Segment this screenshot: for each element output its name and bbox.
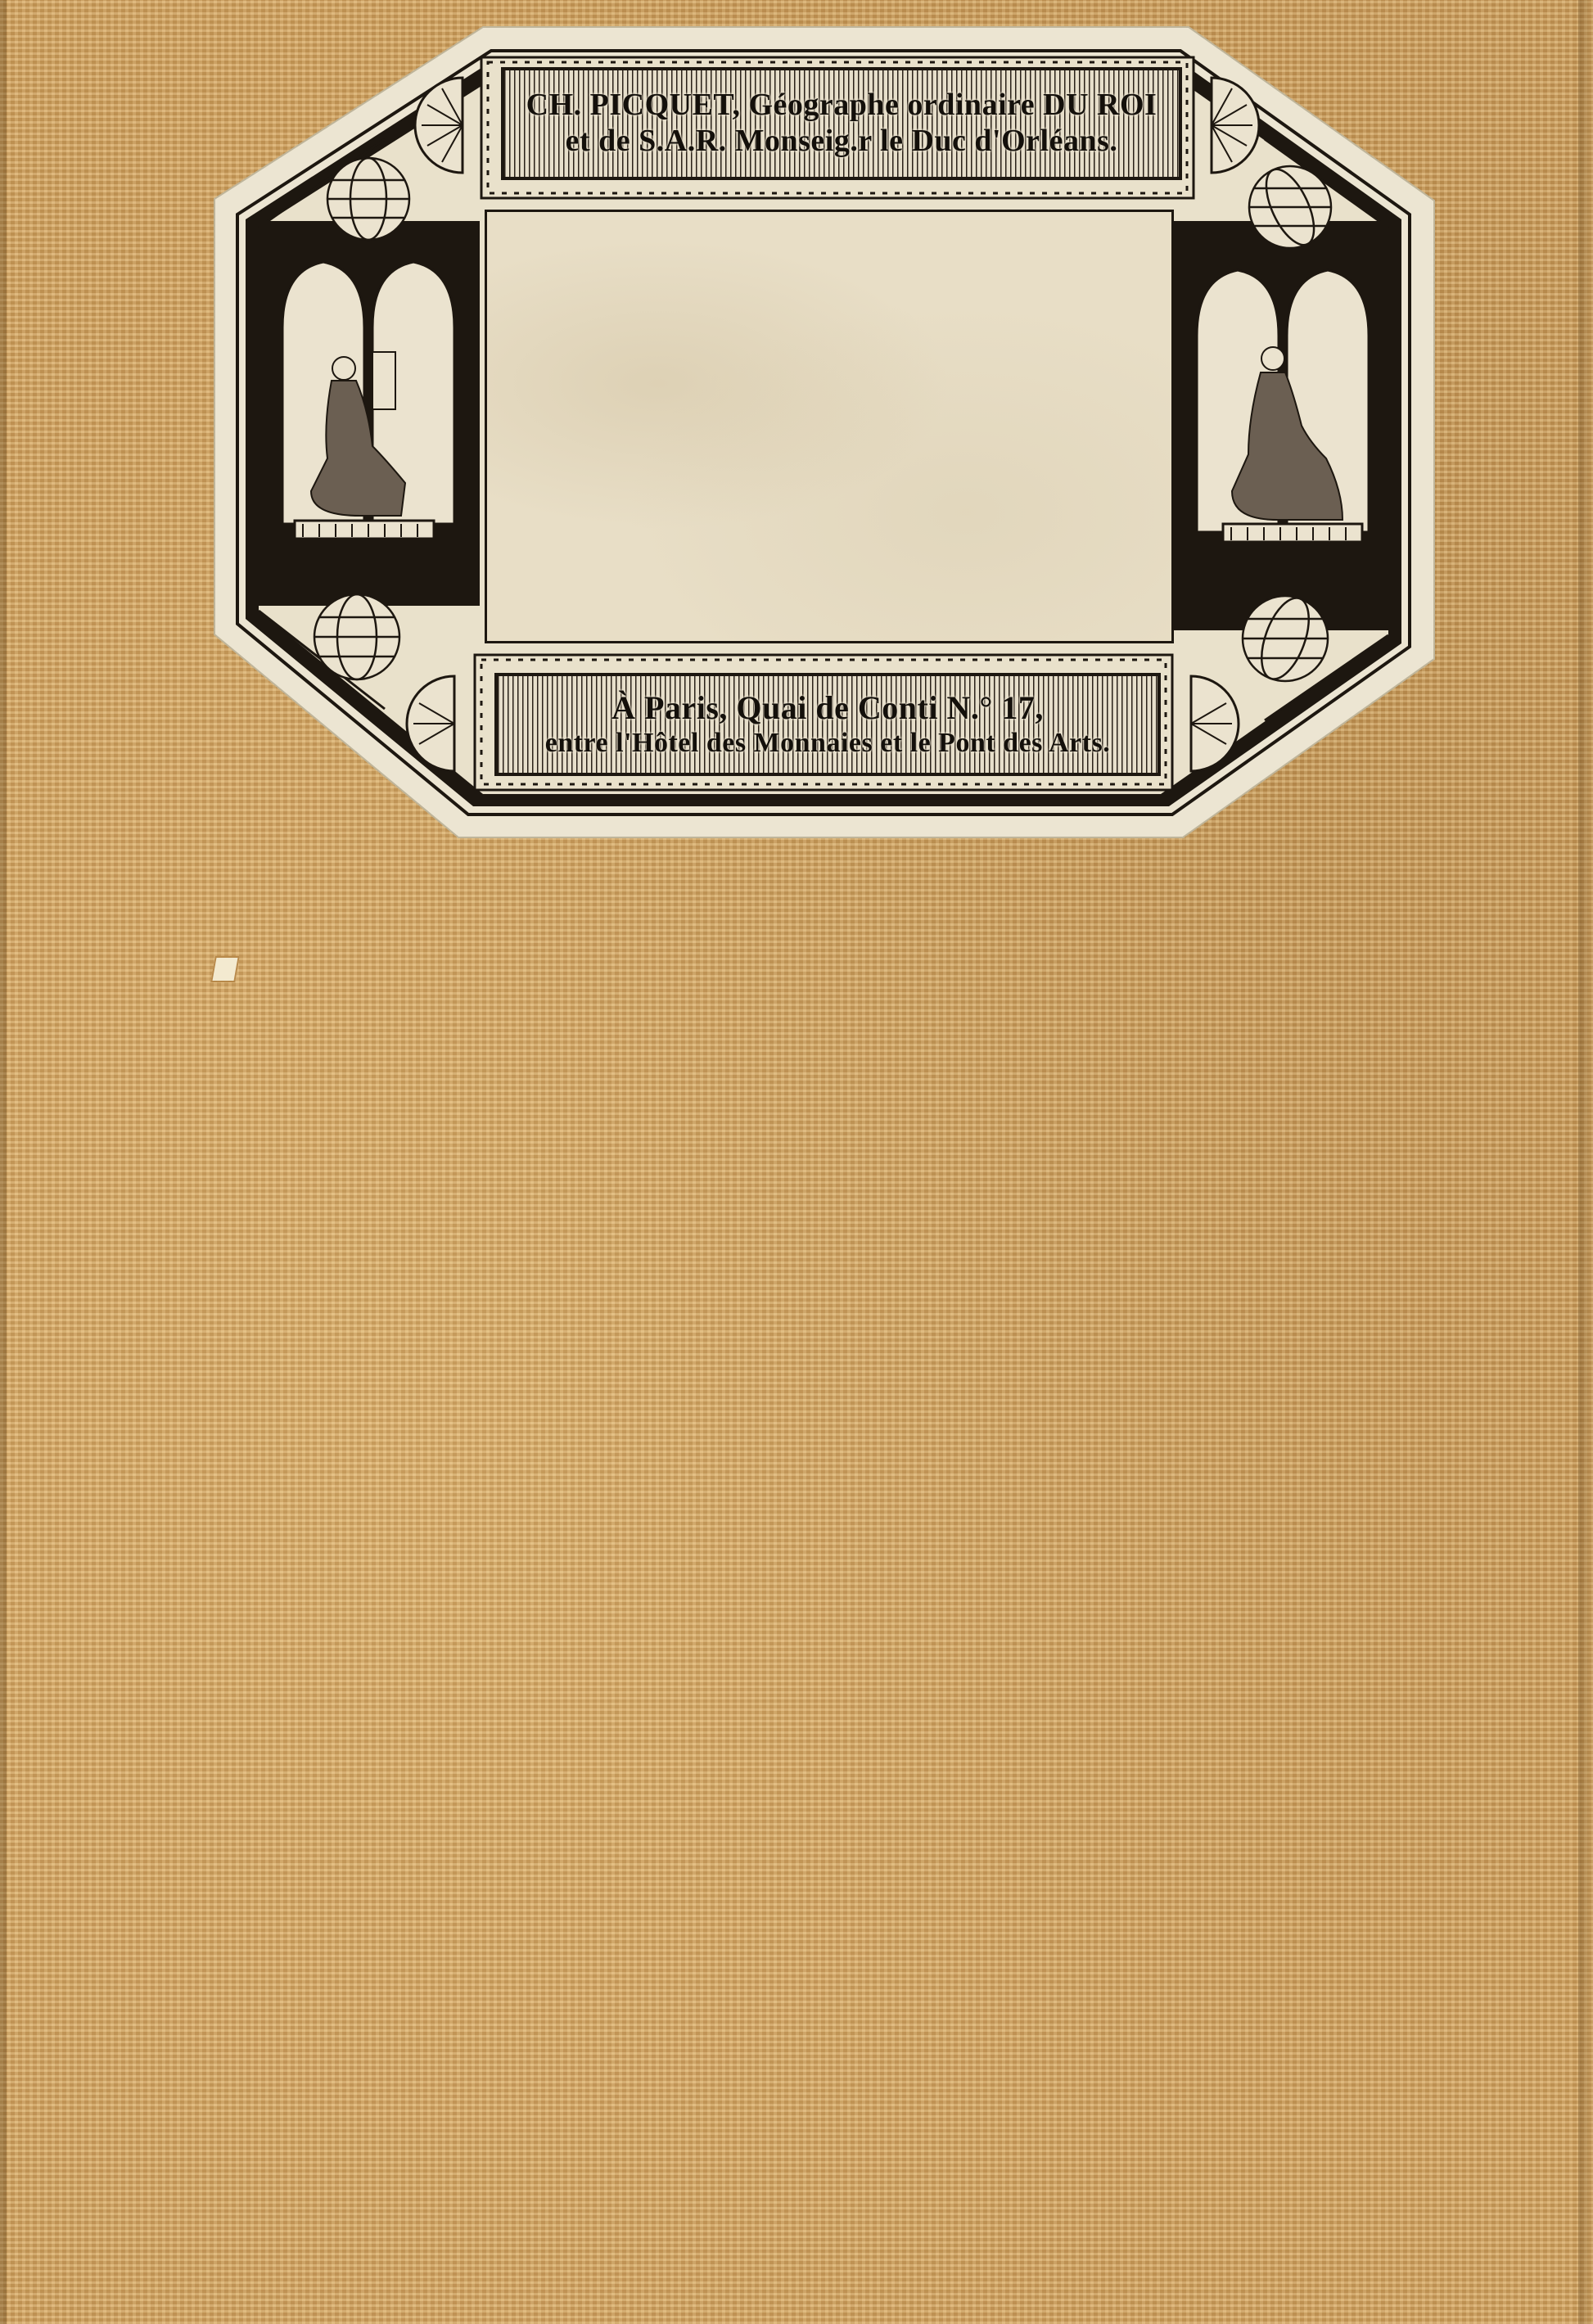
globe-icon [314, 594, 399, 679]
address-panel: À Paris, Quai de Conti N.° 17, entre l'H… [494, 673, 1161, 776]
address-line-1: À Paris, Quai de Conti N.° 17, [611, 689, 1044, 727]
publisher-line-1: CH. PICQUET, Géographe ordinaire DU ROI [526, 88, 1158, 124]
blank-title-field [485, 210, 1174, 643]
address-line-2: entre l'Hôtel des Monnaies et le Pont de… [545, 727, 1111, 759]
publisher-panel: CH. PICQUET, Géographe ordinaire DU ROI … [501, 67, 1182, 180]
publisher-line-2: et de S.A.R. Monseig.r le Duc d'Orléans. [566, 124, 1118, 160]
cloth-tear [210, 956, 240, 982]
globe-icon [327, 158, 409, 240]
